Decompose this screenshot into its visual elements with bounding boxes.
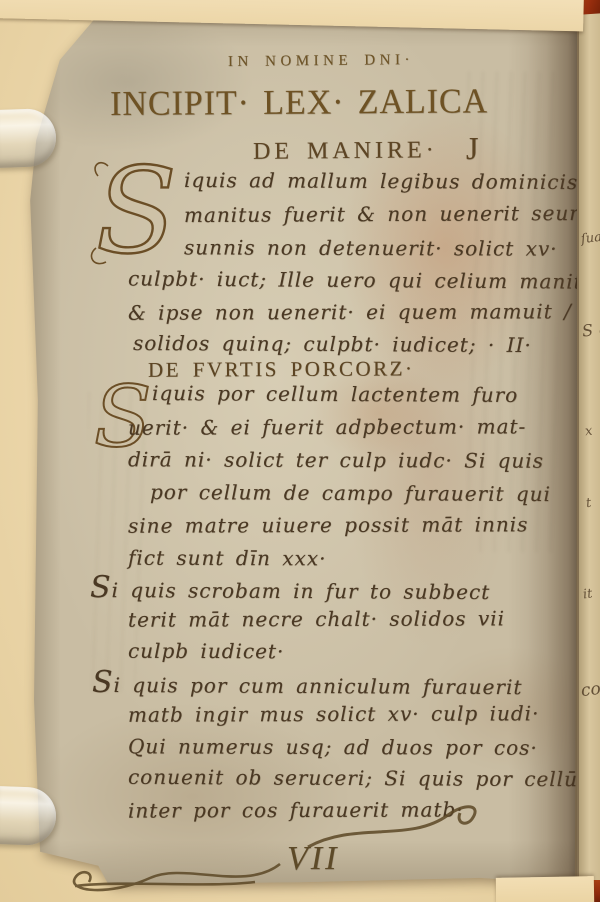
decorated-initial-icon: S bbox=[92, 152, 192, 274]
invocation-line: IN NOMINE DNI· bbox=[228, 53, 414, 70]
text-line-p1-1: iquis ad mallum legibus dominicis bbox=[184, 170, 578, 192]
adjacent-text-fragment: x bbox=[584, 425, 593, 439]
section-heading-de-furtis: DE FVRTIS PORCORZ· bbox=[148, 358, 415, 380]
page-title: INCIPIT· LEX· ZALICA bbox=[110, 83, 488, 121]
quire-mark: VII bbox=[287, 842, 339, 876]
chapter-numeral: J bbox=[466, 132, 479, 164]
chapter-heading: DE MANIRE· bbox=[253, 138, 438, 164]
adjacent-text-fragment: ſua bbox=[580, 231, 600, 246]
text-line-p3-1: Si quis scrobam in fur to subbect bbox=[90, 573, 490, 605]
text-line-p4-3: Qui numerus usq; ad duos por cos· bbox=[128, 736, 538, 757]
cream-paper-tab-bottom bbox=[496, 876, 594, 902]
adjacent-page-edge: ſua S q x t it co bbox=[577, 0, 600, 902]
flourish-bottom-icon bbox=[55, 858, 285, 898]
text-line-p2-3: dirā ni· solict ter culp iudc· Si quis bbox=[128, 449, 544, 470]
text-line-p2-4: por cellum de campo furauerit qui bbox=[150, 482, 551, 504]
text-line-p1-3: sunnis non detenuerit· solict xv· bbox=[184, 237, 558, 258]
text-line-p2-1: iquis por cellum lactentem furo bbox=[152, 383, 518, 405]
text-line-p3-2: terit māt necre chalt· solidos vii bbox=[128, 608, 505, 629]
adjacent-text-fragment: S q bbox=[581, 320, 600, 339]
text-line-p4-2: matb ingir mus solict xv· culp iudi· bbox=[128, 703, 539, 724]
text-line-p4-1: Si quis por cum anniculum furauerit bbox=[92, 668, 523, 700]
svg-text:S: S bbox=[96, 142, 177, 280]
text-line-p1-5: & ipse non uenerit· ei quem mamuit / bbox=[128, 301, 572, 323]
adjacent-text-fragment: t bbox=[585, 497, 592, 511]
adjacent-text-fragment: it bbox=[582, 587, 593, 601]
text-line-p2-6: fict sunt dīn xxx· bbox=[128, 548, 327, 569]
adjacent-text-fragment: co bbox=[580, 681, 600, 700]
text-line-p2-5: sine matre uiuere possit māt innis bbox=[128, 514, 529, 535]
text-line-p1-4: culpbt· iuct; Ille uero qui celium manit bbox=[128, 268, 583, 291]
manuscript-photo: IN NOMINE DNI· INCIPIT· LEX· ZALICA DE M… bbox=[0, 0, 600, 902]
text-line-p2-2: uerit· & ei fuerit adpbectum· mat- bbox=[128, 416, 526, 437]
text-line-p4-4: conuenit ob seruceri; Si quis por cellū· bbox=[128, 767, 585, 789]
text-line-p1-6: solidos quinq; culpbt· iudicet; · II· bbox=[133, 333, 532, 355]
text-line-p1-2: manitus fuerit & non uenerit seum bbox=[184, 203, 589, 225]
text-line-p3-3: culpb iudicet· bbox=[128, 641, 284, 662]
